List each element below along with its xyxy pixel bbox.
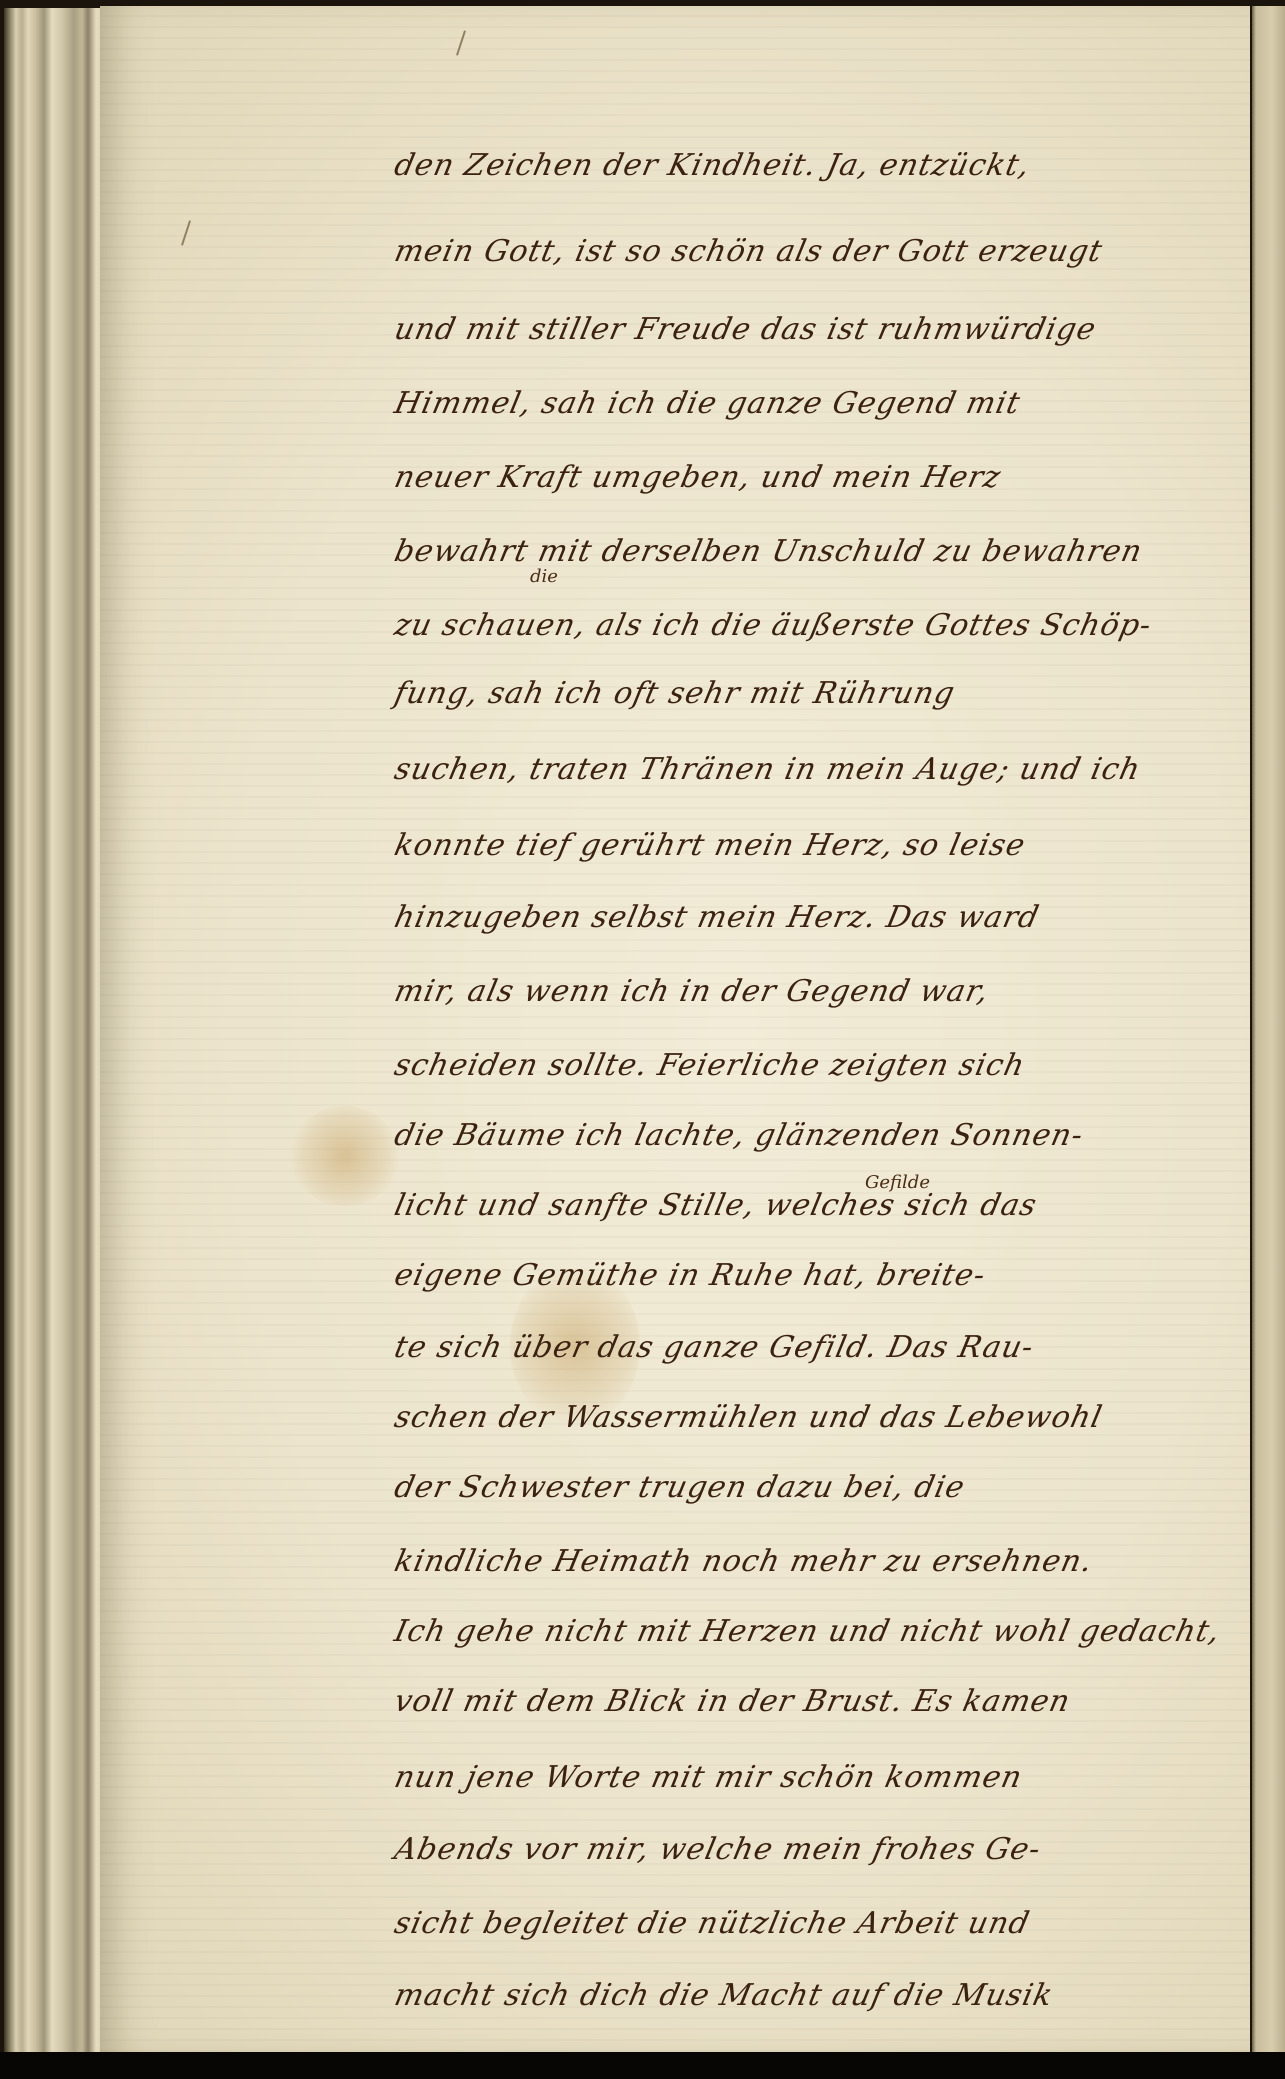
manuscript-line: hinzugeben selbst mein Herz. Das ward <box>391 900 1042 935</box>
manuscript-line: te sich über das ganze Gefild. Das Rau- <box>391 1330 1037 1365</box>
interlinear-insertion: Gefilde <box>865 1172 930 1193</box>
manuscript-line: licht und sanfte Stille, welches sich da… <box>391 1188 1040 1223</box>
manuscript-line: bewahrt mit derselben Unschuld zu bewahr… <box>391 534 1145 569</box>
scan-bottom-edge <box>0 2052 1285 2079</box>
manuscript-line: scheiden sollte. Feierliche zeigten sich <box>391 1048 1028 1083</box>
manuscript-line: fung, sah ich oft sehr mit Rührung <box>391 676 958 711</box>
manuscript-line: eigene Gemüthe in Ruhe hat, breite- <box>391 1258 989 1293</box>
manuscript-line: der Schwester trugen dazu bei, die <box>391 1470 968 1505</box>
manuscript-line: neuer Kraft umgeben, und mein Herz <box>391 460 1004 495</box>
manuscript-line: nun jene Worte mit mir schön kommen <box>391 1760 1025 1795</box>
foxing-stain <box>290 1106 400 1206</box>
manuscript-line: Abends vor mir, welche mein frohes Ge- <box>391 1832 1044 1867</box>
manuscript-line: voll mit dem Blick in der Brust. Es kame… <box>391 1684 1073 1719</box>
book-scan <box>0 0 1285 2056</box>
interlinear-insertion: die <box>530 566 558 587</box>
page-stack-edges <box>4 8 104 2060</box>
manuscript-line: mir, als wenn ich in der Gegend war, <box>391 974 992 1009</box>
manuscript-line: den Zeichen der Kindheit. Ja, entzückt, <box>391 148 1033 183</box>
manuscript-line: kindliche Heimath noch mehr zu ersehnen. <box>391 1544 1096 1579</box>
manuscript-line: suchen, traten Thränen in mein Auge; und… <box>391 752 1144 787</box>
manuscript-line: schen der Wassermühlen und das Lebewohl <box>391 1400 1105 1435</box>
gutter-fold <box>1252 6 1285 2052</box>
manuscript-line: Ich gehe nicht mit Herzen und nicht wohl… <box>391 1614 1223 1649</box>
manuscript-line: und mit stiller Freude das ist ruhmwürdi… <box>391 312 1099 347</box>
manuscript-line: die Bäume ich lachte, glänzenden Sonnen- <box>391 1118 1086 1153</box>
manuscript-line: zu schauen, als ich die äußerste Gottes … <box>391 608 1155 643</box>
manuscript-line: konnte tief gerührt mein Herz, so leise <box>391 828 1028 863</box>
manuscript-line: sicht begleitet die nützliche Arbeit und <box>391 1906 1033 1941</box>
manuscript-line: mein Gott, ist so schön als der Gott erz… <box>391 234 1105 269</box>
manuscript-line: Himmel, sah ich die ganze Gegend mit <box>391 386 1023 421</box>
manuscript-line: macht sich dich die Macht auf die Musik <box>391 1978 1056 2013</box>
